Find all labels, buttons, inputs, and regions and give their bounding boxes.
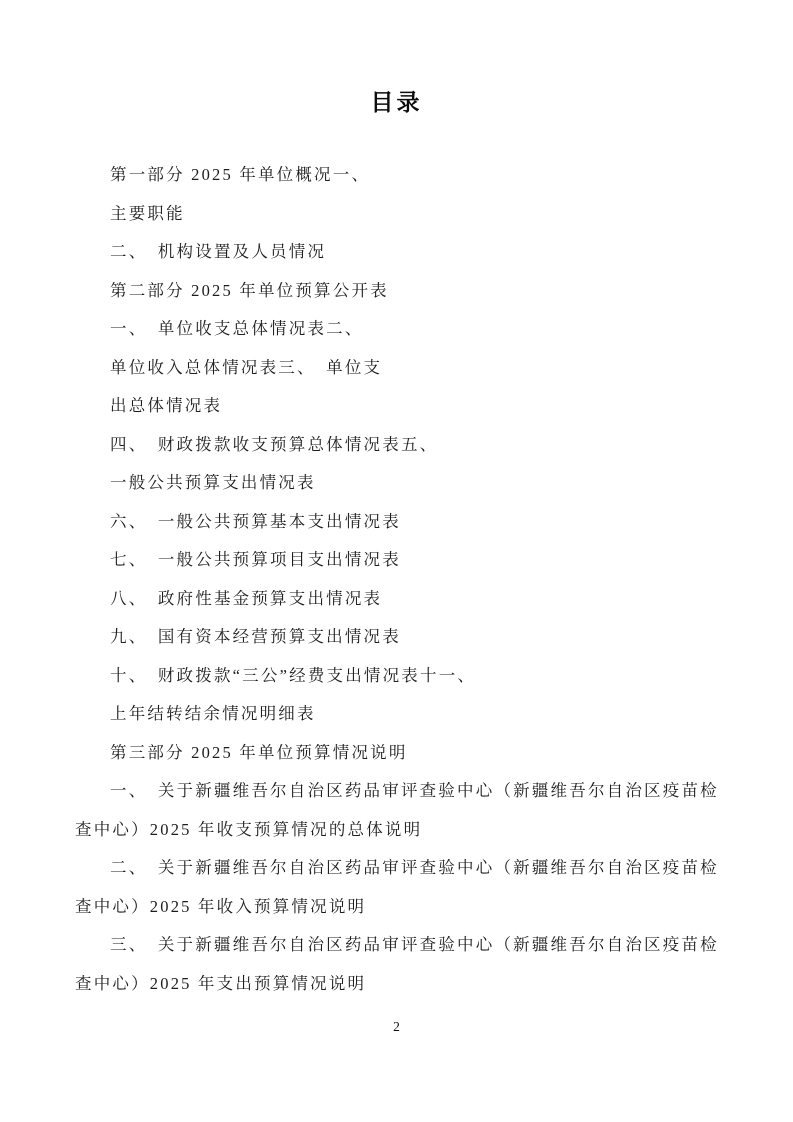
toc-line: 二、 机构设置及人员情况: [75, 233, 735, 272]
toc-line: 第二部分 2025 年单位预算公开表: [75, 272, 735, 311]
toc-line: 一般公共预算支出情况表: [75, 464, 735, 503]
toc-line: 第三部分 2025 年单位预算情况说明: [75, 734, 735, 773]
toc-line: 一、 单位收支总体情况表二、: [75, 310, 735, 349]
toc-line: 二、 关于新疆维吾尔自治区药品审评查验中心（新疆维吾尔自治区疫苗检: [75, 849, 735, 888]
toc-line: 主要职能: [75, 195, 735, 234]
page-number: 2: [0, 1016, 793, 1038]
toc-line: 上年结转结余情况明细表: [75, 695, 735, 734]
toc-line: 查中心）2025 年收入预算情况说明: [75, 888, 735, 927]
toc-line: 一、 关于新疆维吾尔自治区药品审评查验中心（新疆维吾尔自治区疫苗检: [75, 772, 735, 811]
toc-line: 七、 一般公共预算项目支出情况表: [75, 541, 735, 580]
toc-line: 八、 政府性基金预算支出情况表: [75, 580, 735, 619]
table-of-contents: 第一部分 2025 年单位概况一、主要职能二、 机构设置及人员情况第二部分 20…: [75, 156, 735, 1003]
toc-line: 四、 财政拨款收支预算总体情况表五、: [75, 426, 735, 465]
toc-line: 九、 国有资本经营预算支出情况表: [75, 618, 735, 657]
toc-line: 三、 关于新疆维吾尔自治区药品审评查验中心（新疆维吾尔自治区疫苗检: [75, 926, 735, 965]
toc-line: 六、 一般公共预算基本支出情况表: [75, 503, 735, 542]
toc-line: 单位收入总体情况表三、 单位支: [75, 349, 735, 388]
toc-line: 十、 财政拨款“三公”经费支出情况表十一、: [75, 657, 735, 696]
document-page: 目录 第一部分 2025 年单位概况一、主要职能二、 机构设置及人员情况第二部分…: [0, 0, 793, 1122]
toc-line: 第一部分 2025 年单位概况一、: [75, 156, 735, 195]
toc-line: 出总体情况表: [75, 387, 735, 426]
toc-line: 查中心）2025 年收支预算情况的总体说明: [75, 811, 735, 850]
page-title: 目录: [0, 84, 793, 117]
toc-line: 查中心）2025 年支出预算情况说明: [75, 965, 735, 1004]
